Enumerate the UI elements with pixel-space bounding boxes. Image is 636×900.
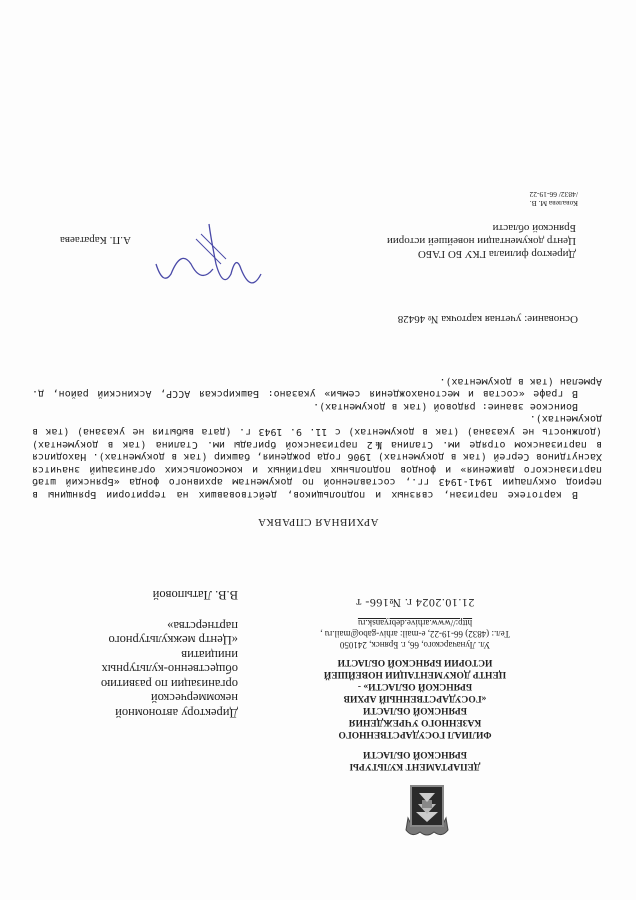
- address: Ул. Луначарского, 66, г. Брянск, 241050: [290, 639, 540, 650]
- handwritten-signature-icon: [151, 214, 271, 294]
- body-paragraph: В графе «состав и местонахождения семьи»…: [32, 374, 602, 399]
- executor-info: Ковалева М. В. /4832/ 66-19-22: [529, 190, 578, 208]
- archive-emblem-icon: [402, 782, 452, 840]
- department-name: ДЕПАРТАМЕНТ КУЛЬТУРЫ БРЯНСКОЙ ОБЛАСТИ: [290, 748, 540, 772]
- basis-line: Основание: учетная карточка № 46428: [398, 313, 578, 325]
- document-body: В картотеке партизан, связных и подпольщ…: [32, 374, 602, 500]
- body-paragraph: Воинское звание: рядовой (так в документ…: [32, 399, 602, 412]
- contact-info: Ул. Луначарского, 66, г. Брянск, 241050 …: [290, 617, 540, 650]
- organization-name: ФИЛИАЛ ГОСУДАРСТВЕННОГО КАЗЕННОГО УЧРЕЖД…: [290, 656, 540, 740]
- signatory-position: Директор филиала ГКУ БО ГАБО Центр докум…: [326, 221, 576, 260]
- addressee-name: В.В. Латыповой: [38, 588, 238, 603]
- letterhead: ДЕПАРТАМЕНТ КУЛЬТУРЫ БРЯНСКОЙ ОБЛАСТИ ФИ…: [290, 597, 540, 772]
- website-link[interactable]: http://www.arhive.debryansk.ru: [358, 618, 472, 628]
- document-title: АРХИВНАЯ СПРАВКА: [0, 516, 636, 528]
- registration-number: 21.10.2024 г. №166- т: [290, 597, 540, 609]
- body-paragraph: В картотеке партизан, связных и подпольщ…: [32, 412, 602, 500]
- archive-certificate-page: ДЕПАРТАМЕНТ КУЛЬТУРЫ БРЯНСКОЙ ОБЛАСТИ ФИ…: [0, 0, 636, 900]
- signer-name: А.П. Каратаева: [60, 234, 131, 246]
- phone-email: Тел.: (4832) 66-19-22, e-mail: arhiv-gab…: [290, 628, 540, 639]
- addressee-block: Директору автономной некоммерческой орга…: [38, 588, 238, 720]
